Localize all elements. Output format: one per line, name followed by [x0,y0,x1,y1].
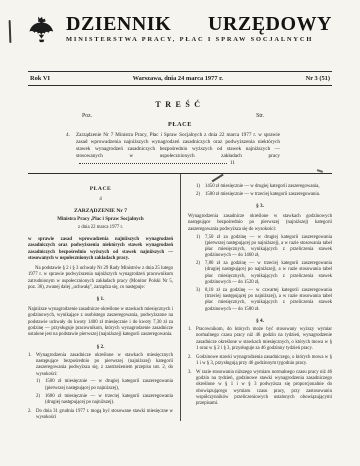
toc-entry-number: 4. [66,132,76,167]
article-title-line2: Ministra Pracy ,Płac i Spraw Socjalnych [28,217,173,224]
par3-intro: Wynagrodzenia zasadnicze określone w sta… [188,214,332,233]
par4-item1: 1. Pracownikom, do których może być stos… [188,327,332,352]
par3-item2-number: 2) [196,261,205,286]
toc-section-heading: PŁACE [28,121,332,128]
par2-item2-sub1-number: 1) [196,184,205,190]
journal-subtitle: MINISTERSTWA PRACY, PŁAC I SPRAW SOCJALN… [66,36,332,43]
volume-label: Rok VI [30,75,50,82]
right-column: 1) 1450 zł miesięcznie — w drugiej kateg… [180,174,332,421]
par3-item3-text: 8,10 zł za godzinę — w czwartej kategori… [205,288,332,313]
journal-title-word-2: URZĘDOWY [208,14,332,34]
par4-item3: 3. W razie stosowania niższego wymiaru n… [188,370,332,408]
dotted-leader [79,159,227,164]
article-section-label: PŁACE [28,186,173,193]
article-title-line3: z dnia 22 marca 1977 r. [28,225,173,231]
par2-item1: 1. Wynagrodzenia zasadnicze określone w … [28,353,173,378]
polish-eagle-emblem-icon [28,14,56,45]
issue-number-label: Nr 3 (51) [306,75,330,82]
journal-title: DZIENNIK URZĘDOWY [66,14,332,34]
par2-item1-text: Wynagrodzenia zasadnicze określone w sta… [36,353,173,378]
toc-column-headers: Poz. Str. [28,113,332,119]
par3-item2-text: 7,80 zł za godzinę — w trzeciej kategori… [205,261,332,286]
par3-item3-number: 3) [196,288,205,313]
par2-item2-number: 2. [28,409,36,422]
par4-heading: § 4. [188,318,332,325]
left-column: PŁACE 4 ZARZĄDZENIE Nr 7 Ministra Pracy … [28,174,180,421]
par2-item1-sub2-number: 2) [36,394,45,407]
par2-item2-sub1: 1) 1450 zł miesięcznie — w drugiej kateg… [196,184,332,190]
par4-item3-number: 3. [188,370,196,408]
par4-item1-number: 1. [188,327,196,352]
issue-info-bar: Rok VI Warszawa, dnia 24 marca 1977 r. N… [28,71,332,86]
par2-item2-text: Do dnia 31 grudnia 1977 r. mogą być stos… [36,409,173,422]
article-subject: w sprawie zasad wprowadzenia najniższych… [28,237,173,262]
par3-item2: 2) 7,80 zł za godzinę — w trzeciej kateg… [196,261,332,286]
journal-page: DZIENNIK URZĘDOWY MINISTERSTWA PRACY, PŁ… [0,0,360,466]
toc-entry-text: Zarządzenie Nr 7 Ministra Pracy, Płac i … [76,132,280,167]
par2-item2-sub2-text: 1500 zł miesięcznie — w trzeciej kategor… [205,192,332,198]
par3-item1-number: 1) [196,235,205,260]
scan-artifact-toc-margin [317,169,323,172]
article-body: PŁACE 4 ZARZĄDZENIE Nr 7 Ministra Pracy … [28,174,332,421]
toc-heading: TREŚĆ [28,100,332,109]
par3-item1-text: 7,50 zł za godzinę — w drugiej kategorii… [205,235,332,260]
par2-item1-sub2-text: 1600 zł miesięcznie — w trzeciej kategor… [45,394,173,407]
par2-item1-sub1-text: 1500 zł miesięcznie — w drugiej kategori… [45,379,173,392]
article-number: 4 [28,196,173,203]
article-title-line1: ZARZĄDZENIE Nr 7 [28,208,173,215]
toc-entry-title: Zarządzenie Nr 7 Ministra Pracy, Płac i … [76,132,280,159]
par2-item2-sub2-number: 2) [196,192,205,198]
par2-item2-sub2: 2) 1500 zł miesięcznie — w trzeciej kate… [196,192,332,198]
toc-entry: 4. Zarządzenie Nr 7 Ministra Pracy, Płac… [66,132,280,167]
par4-item2: 2. Godzinowe stawki wynagrodzenia zasadn… [188,355,332,368]
par3-item3: 3) 8,10 zł za godzinę — w czwartej kateg… [196,288,332,313]
par2-item1-number: 1. [28,353,36,378]
par4-item2-text: Godzinowe stawki wynagrodzenia zasadnicz… [196,355,332,368]
par3-item1: 1) 7,50 zł za godzinę — w drugiej katego… [196,235,332,260]
par2-item1-sub1: 1) 1500 zł miesięcznie — w drugiej kateg… [36,379,173,392]
par2-item1-sub2: 2) 1600 zł miesięcznie — w trzeciej kate… [36,394,173,407]
par2-item2: 2. Do dnia 31 grudnia 1977 r. mogą być s… [28,409,173,422]
par1-heading: § 1. [28,296,173,303]
scan-artifact-pen-stroke [212,174,224,182]
par2-item2-sub1-text: 1450 zł miesięcznie — w drugiej kategori… [205,184,332,190]
place-date-label: Warszawa, dnia 24 marca 1977 r. [133,75,223,82]
masthead: DZIENNIK URZĘDOWY MINISTERSTWA PRACY, PŁ… [28,14,332,48]
toc-col-str: Str. [256,113,264,119]
article-preamble: Na podstawie § 2 i § 3 uchwały Nr 29 Rad… [28,266,173,291]
par2-heading: § 2. [28,344,173,351]
par4-item1-text: Pracownikom, do których może być stosowa… [196,327,332,352]
journal-title-word-1: DZIENNIK [66,14,171,34]
par4-item3-text: W razie stosowania niższego wymiaru norm… [196,370,332,408]
masthead-text: DZIENNIK URZĘDOWY MINISTERSTWA PRACY, PŁ… [66,14,332,43]
par2-item1-sub1-number: 1) [36,379,45,392]
toc-col-poz: Poz. [82,113,92,119]
scan-artifact-left-edge [9,20,12,43]
toc-entry-page: 11 [230,160,235,166]
par3-heading: § 3. [188,203,332,210]
par4-item2-number: 2. [188,355,196,368]
par1-text: Najniższe wynagrodzenie zasadnicze okreś… [28,307,173,338]
table-of-contents: TREŚĆ Poz. Str. PŁACE 4. Zarządzenie Nr … [28,100,332,167]
